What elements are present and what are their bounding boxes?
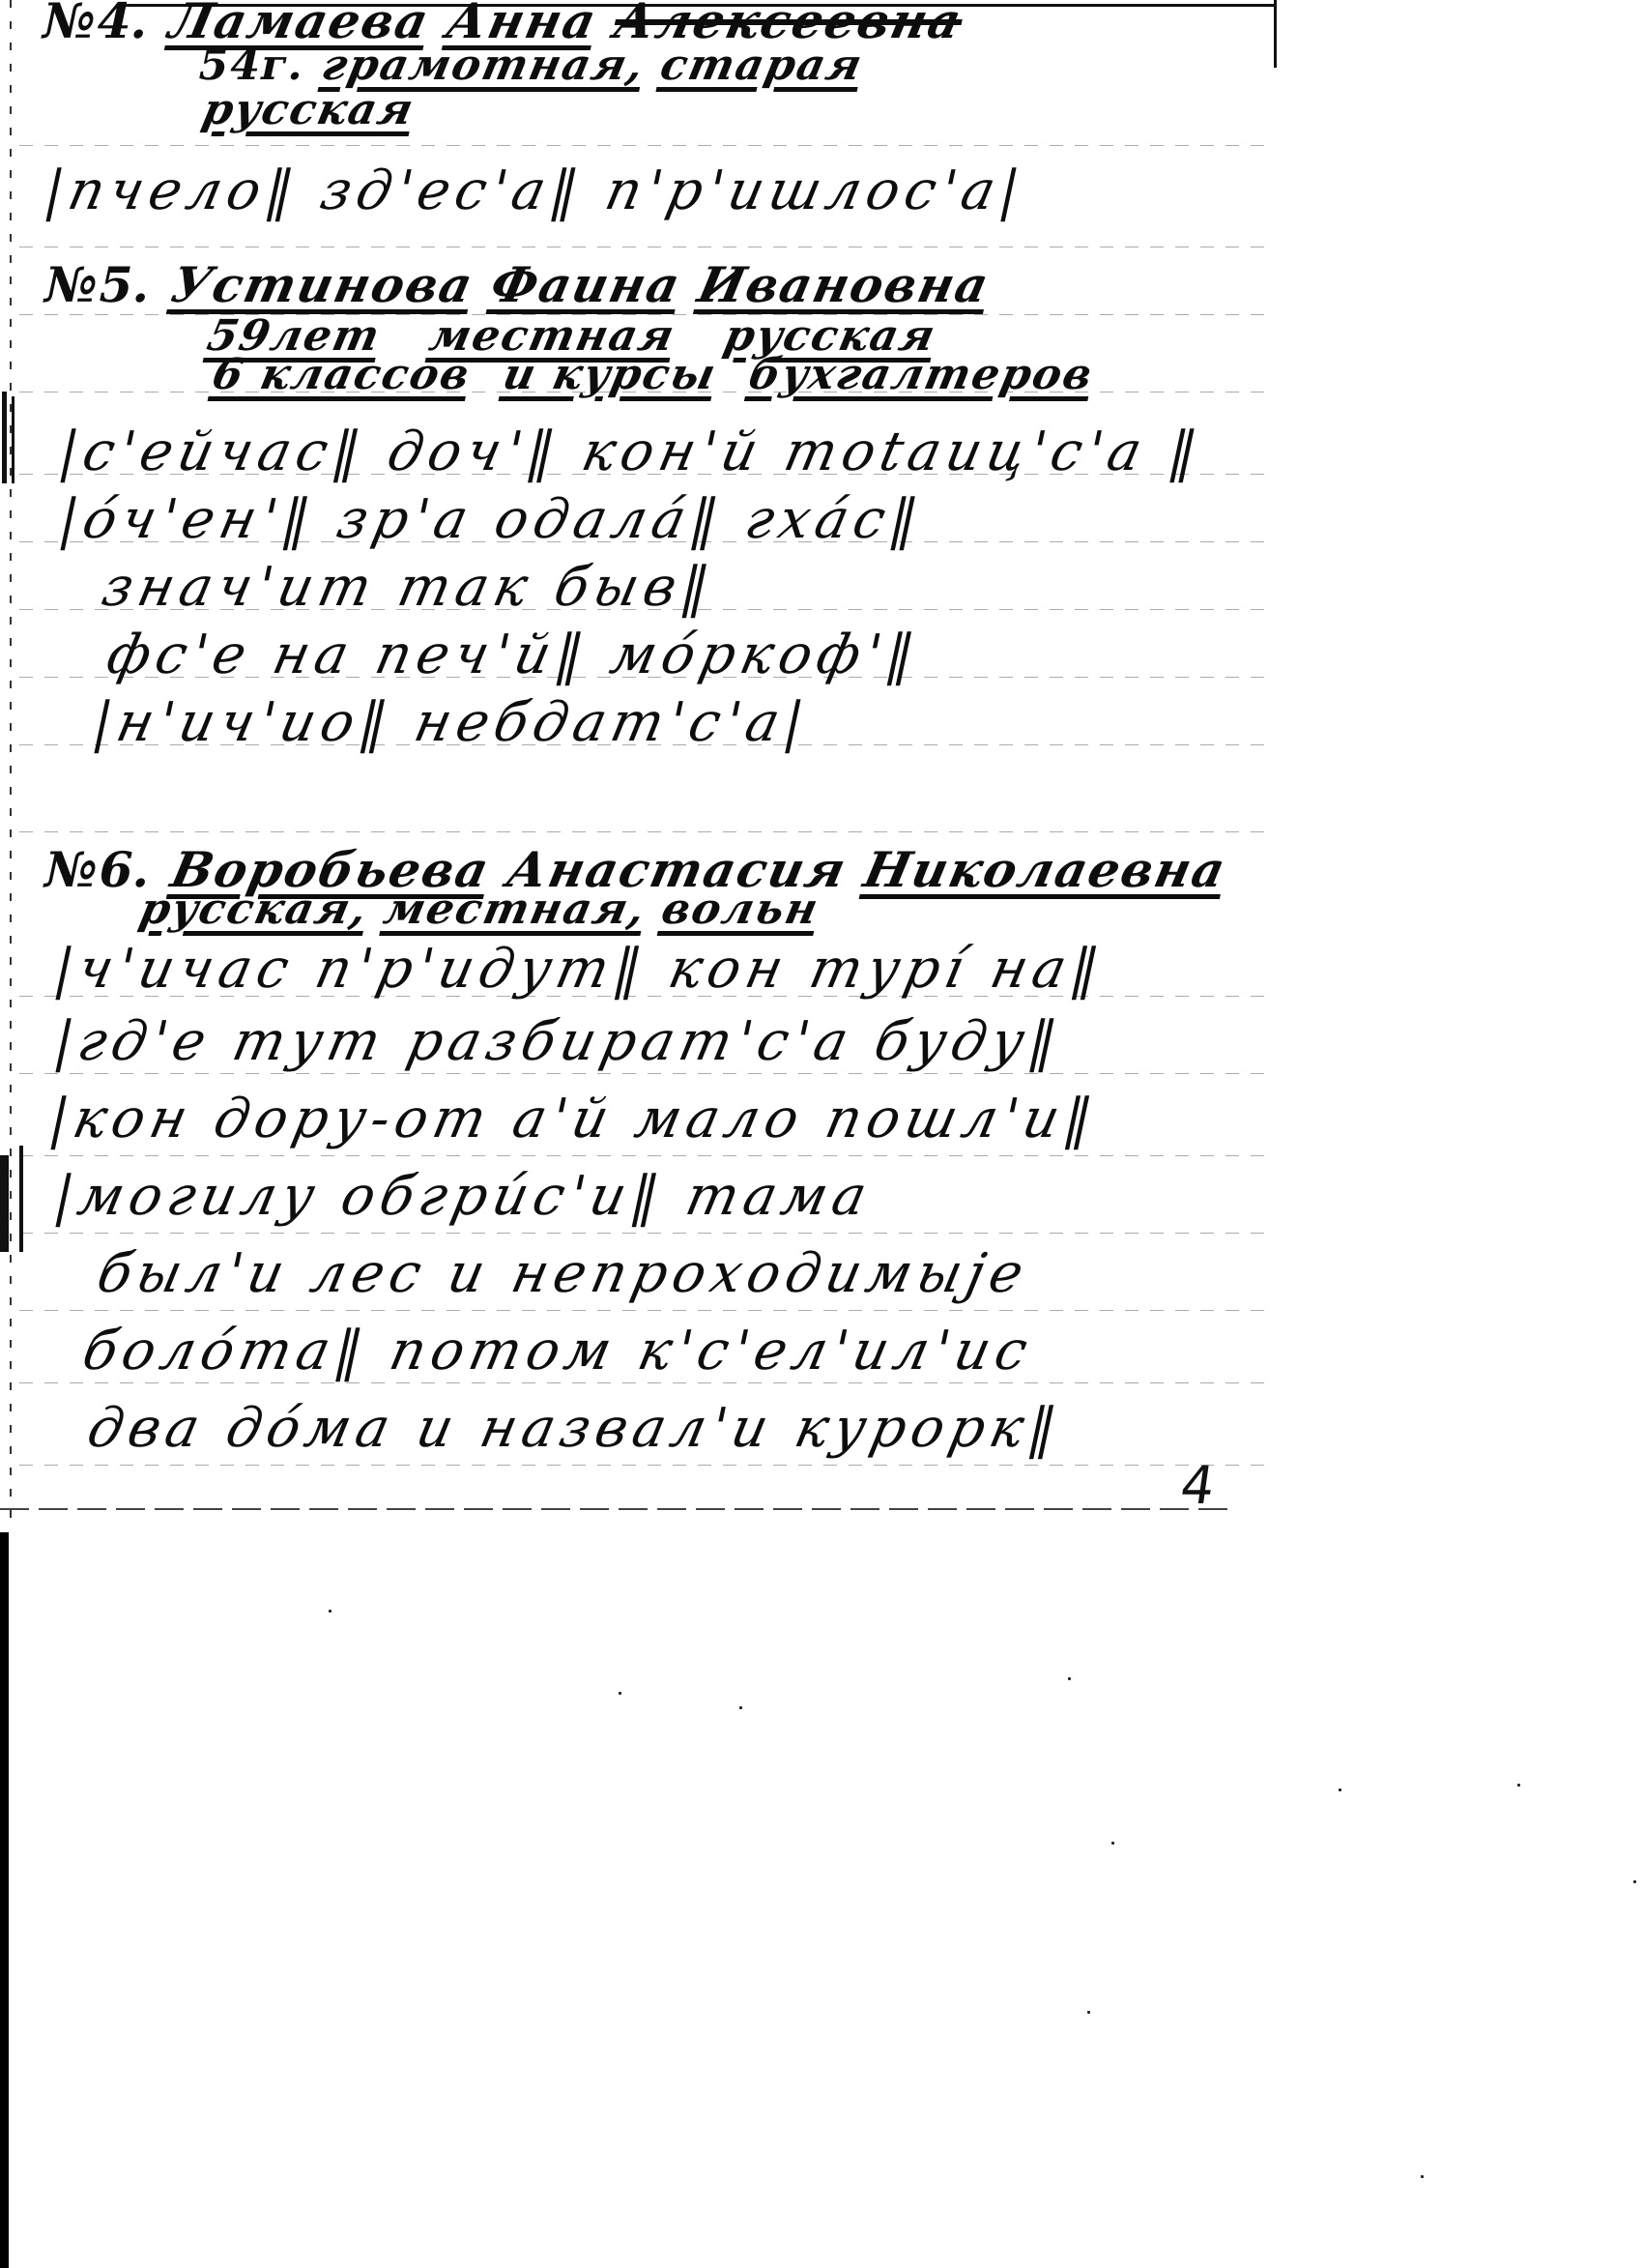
entry-4-nationality: русская (198, 85, 419, 134)
entry-5-transcript-line: |с'ейчас‖ дoч'‖ кон'й тоtаиц'с'а ‖ (53, 421, 1209, 483)
entry-5-transcript-line: |óч'ен'‖ зр'а одалá‖ гхáс‖ (53, 488, 930, 551)
sheet-bottom-edge (0, 1508, 1237, 1510)
entry-5-details-line2: 6 классов и курсы бухгалтеров (208, 350, 1098, 399)
entry-number: №5. (39, 256, 159, 313)
scan-speck (329, 1610, 331, 1613)
right-edge-line (1274, 0, 1277, 68)
entry-6-transcript-line: |могилу обгрúс'и‖ тама (48, 1165, 878, 1228)
scan-speck (1087, 2011, 1090, 2014)
entry-6-transcript-line: |ч'ичас п'р'идут‖ кон турí нa‖ (48, 938, 1110, 1001)
entry-4-details: 54г. грамотная, старая (193, 41, 868, 90)
margin-bracket (12, 396, 14, 483)
informant-literacy: грамотная, (318, 41, 650, 90)
entry-6-details: русская, местная, вольн (135, 885, 823, 934)
informant-status: старая (656, 41, 868, 90)
informant-nationality: русская, (135, 885, 373, 934)
entry-number: №4. (37, 0, 158, 49)
scan-speck (739, 1706, 742, 1709)
scan-speck (1111, 1842, 1114, 1845)
informant-status: вольн (657, 885, 823, 934)
informant-profession: бухгалтеров (744, 350, 1098, 399)
entry-5-header: №5. Устинова Фаина Ивановна (39, 256, 995, 313)
entry-6-transcript-line: |кон дору-от а'й мало пошл'и‖ (43, 1088, 1104, 1150)
scan-left-border (0, 1532, 9, 2268)
ruled-line (19, 145, 1266, 146)
entry-6-transcript-line: два дóма и назвал'и курорк‖ (82, 1397, 1068, 1460)
informant-origin: местная, (380, 885, 651, 934)
margin-bracket (2, 392, 7, 483)
scan-speck (1339, 1788, 1341, 1791)
entry-number: №6. (39, 841, 159, 898)
margin-bracket (19, 1146, 23, 1252)
entry-4-transcript-line: |пчело‖ зд'ес'а‖ п'р'ишлос'а| (39, 160, 1031, 222)
left-margin-rule (10, 0, 12, 1518)
ruled-line (19, 831, 1266, 832)
scanned-page: №4. Ламаева Анна Алексеевна 54г. грамотн… (0, 0, 1643, 2268)
scan-speck (1421, 2175, 1424, 2178)
entry-6-transcript-line: |гд'е тут разбират'с'а буду‖ (48, 1010, 1069, 1073)
informant-courses: и курсы (499, 350, 722, 399)
informant-surname: Устинова (166, 256, 479, 313)
ruled-line (19, 1233, 1266, 1234)
entry-5-transcript-line: фс'е на печ'й‖ мóркоф'‖ (101, 624, 926, 686)
entry-5-transcript-line: |н'ич'ио‖ небдат'с'а| (87, 691, 815, 754)
scan-speck (1068, 1677, 1071, 1680)
scan-speck (619, 1692, 621, 1695)
ruled-line (19, 1310, 1266, 1311)
informant-age: 54г. (193, 41, 311, 90)
informant-education: 6 классов (208, 350, 476, 399)
scan-speck (1633, 1880, 1636, 1883)
ruled-line (19, 247, 1266, 247)
ruled-line (19, 1465, 1266, 1466)
ruled-line (19, 1382, 1266, 1383)
ruled-line (19, 1155, 1266, 1156)
entry-6-transcript-line: был'и лес и непроходимыје (92, 1242, 1034, 1305)
margin-bracket (0, 1155, 9, 1252)
informant-patronymic: Ивановна (693, 256, 995, 313)
informant-name: Фаина (486, 256, 687, 313)
entry-5-transcript-line: знач'ит так быв‖ (97, 556, 721, 619)
ruled-line (19, 1073, 1266, 1074)
scan-speck (1517, 1784, 1520, 1787)
page-number: 4 (1177, 1455, 1219, 1516)
entry-6-transcript-line: болóта‖ потом к'с'ел'ил'ис (77, 1320, 1039, 1382)
informant-patronymic: Николаевна (859, 841, 1232, 898)
notebook-sheet: №4. Ламаева Анна Алексеевна 54г. грамотн… (0, 0, 1276, 1520)
